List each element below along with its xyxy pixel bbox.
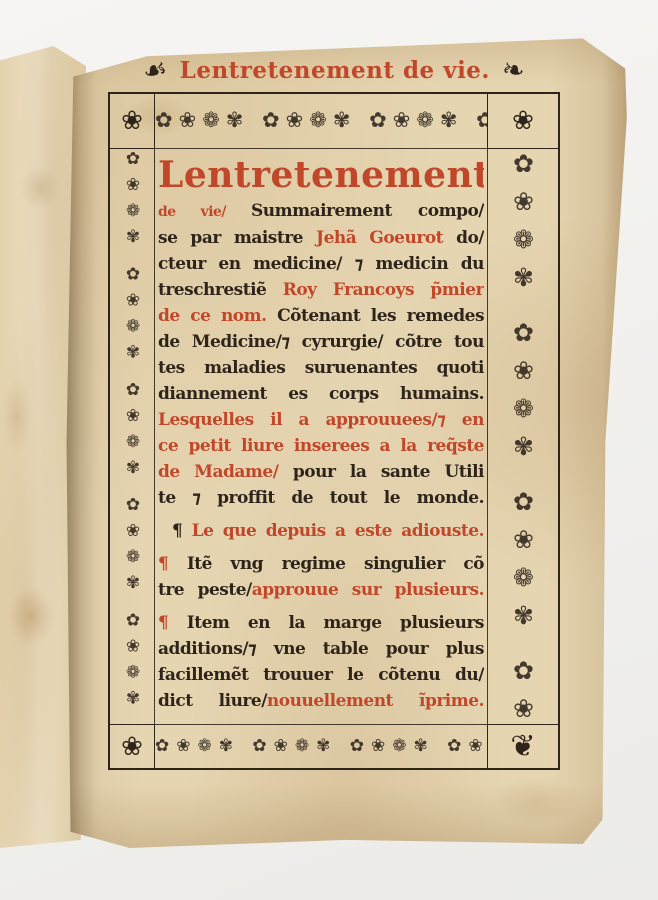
text-segment: treschrestiẽ	[158, 280, 283, 300]
foxing-stain	[492, 776, 582, 826]
text-line: treschrestiẽ Roy Francoys p̃mier	[158, 277, 484, 303]
main-title: Lentretenement	[158, 152, 484, 198]
text-line: ¶ Item en la marge plusieurs	[158, 610, 484, 636]
text-segment: Roy Francoys p̃mier	[283, 280, 484, 300]
text-segment: approuue sur plusieurs.	[252, 580, 484, 600]
text-segment: se par maistre	[158, 228, 316, 248]
text-segment: Le que depuis a este adiouste.	[192, 521, 484, 541]
border-corner-flower-icon: ❀	[110, 94, 155, 149]
border-left-floral-strip: ✿❀❁✾ ✿❀❁✾ ✿❀❁✾ ✿❀❁✾ ✿❀❁✾ ✿❀❁✾ ✿❀❁✾ ✿❀❁✾ …	[110, 149, 155, 724]
text-segment: Jehã Goeurot	[316, 228, 456, 248]
text-segment: pour la sante Utili	[293, 462, 484, 482]
text-segment: tes maladies suruenantes quoti	[158, 358, 484, 378]
text-line: te ⁊ proffit de tout le monde.	[158, 485, 484, 511]
text-segment: te ⁊ proffit de tout le monde.	[158, 488, 484, 508]
text-segment: additions/⁊ vne table pour plus	[158, 639, 484, 659]
running-header: ☙ Lentretenement de vie. ❧	[108, 50, 560, 90]
text-segment: Item en la marge plusieurs	[187, 613, 484, 633]
text-line: ¶ Itẽ vng regime singulier cõ	[158, 551, 484, 577]
text-line: tes maladies suruenantes quoti	[158, 355, 484, 381]
border-corner-flower-icon: ❀	[110, 724, 155, 768]
photo-backdrop: ☙ Lentretenement de vie. ❧ ❀ ✿❀❁✾ ✿❀❁✾ ✿…	[0, 0, 658, 900]
border-corner-grotesque-icon: ❦	[487, 724, 558, 768]
text-line: diannement es corps humains.	[158, 381, 484, 407]
text-line: dict liure/nouuellement ĩprime.	[158, 688, 484, 714]
border-bottom-floral-strip: ✿❀❁✾ ✿❀❁✾ ✿❀❁✾ ✿❀❁✾ ✿❀❁✾ ✿❀❁✾ ✿❀❁✾ ✿❀❁✾ …	[155, 724, 487, 768]
text-segment: ¶	[158, 554, 187, 574]
text-segment: nouuellement ĩprime.	[267, 691, 484, 711]
text-segment: Lesquelles il a approuuees/⁊ en	[158, 410, 484, 430]
text-line: Lesquelles il a approuuees/⁊ en	[158, 407, 484, 433]
text-segment: Summairement compo/	[251, 201, 484, 221]
foxing-stain	[2, 376, 32, 456]
text-segment: de Medicine/⁊ cyrurgie/ cõtre tou	[158, 332, 484, 352]
text-line: de Medicine/⁊ cyrurgie/ cõtre tou	[158, 329, 484, 355]
title-page: ☙ Lentretenement de vie. ❧ ❀ ✿❀❁✾ ✿❀❁✾ ✿…	[62, 36, 628, 848]
text-line: tre peste/approuue sur plusieurs.	[158, 577, 484, 603]
text-line: ¶ Le que depuis a este adiouste.	[158, 518, 484, 544]
border-corner-flower-icon: ❀	[487, 94, 558, 149]
foxing-stain	[8, 586, 54, 646]
text-block: Lentretenement de vie/ Summairement comp…	[155, 149, 487, 724]
text-line: de Madame/ pour la sante Utili	[158, 459, 484, 485]
text-line: cteur en medicine/ ⁊ medicin du	[158, 251, 484, 277]
text-segment: dict liure/	[158, 691, 267, 711]
border-right-floral-strip: ✿❀❁✾ ✿❀❁✾ ✿❀❁✾ ✿❀❁✾ ✿❀❁✾ ✿❀❁✾ ✿❀❁✾ ✿❀❁✾ …	[487, 149, 558, 724]
text-segment: de Madame/	[158, 462, 293, 482]
text-segment: do/	[456, 228, 484, 248]
text-segment: ce petit liure inserees a la req̃ste	[158, 436, 484, 456]
page-edge	[602, 36, 628, 848]
foxing-stain	[20, 166, 60, 210]
text-line: ce petit liure inserees a la req̃ste	[158, 433, 484, 459]
text-line: se par maistre Jehã Goeurot do/	[158, 225, 484, 251]
text-segment: Cõtenant les remedes	[277, 306, 484, 326]
text-segment: diannement es corps humains.	[158, 384, 484, 404]
text-segment: facillemẽt trouuer le cõtenu du/	[158, 665, 484, 685]
text-segment: de ce nom.	[158, 306, 277, 326]
border-top-floral-strip: ✿❀❁✾ ✿❀❁✾ ✿❀❁✾ ✿❀❁✾ ✿❀❁✾ ✿❀❁✾ ✿❀❁✾ ✿❀❁✾ …	[155, 94, 487, 149]
text-segment: de vie/	[158, 204, 251, 220]
running-header-text: Lentretenement de vie.	[180, 57, 490, 84]
text-segment: ¶	[158, 613, 187, 633]
leaf-ornament-icon: ❧	[500, 55, 527, 86]
text-segment: cteur en medicine/ ⁊ medicin du	[158, 254, 484, 274]
text-segment: ¶	[172, 521, 192, 541]
text-segment: Itẽ vng regime singulier cõ	[187, 554, 484, 574]
text-segment: tre peste/	[158, 580, 252, 600]
text-line: de ce nom. Cõtenant les remedes	[158, 303, 484, 329]
woodcut-border-frame: ❀ ✿❀❁✾ ✿❀❁✾ ✿❀❁✾ ✿❀❁✾ ✿❀❁✾ ✿❀❁✾ ✿❀❁✾ ✿❀❁…	[108, 92, 560, 770]
leaf-ornament-icon: ☙	[141, 54, 170, 85]
text-line: facillemẽt trouuer le cõtenu du/	[158, 662, 484, 688]
text-line: de vie/ Summairement compo/	[158, 198, 484, 225]
text-line: additions/⁊ vne table pour plus	[158, 636, 484, 662]
